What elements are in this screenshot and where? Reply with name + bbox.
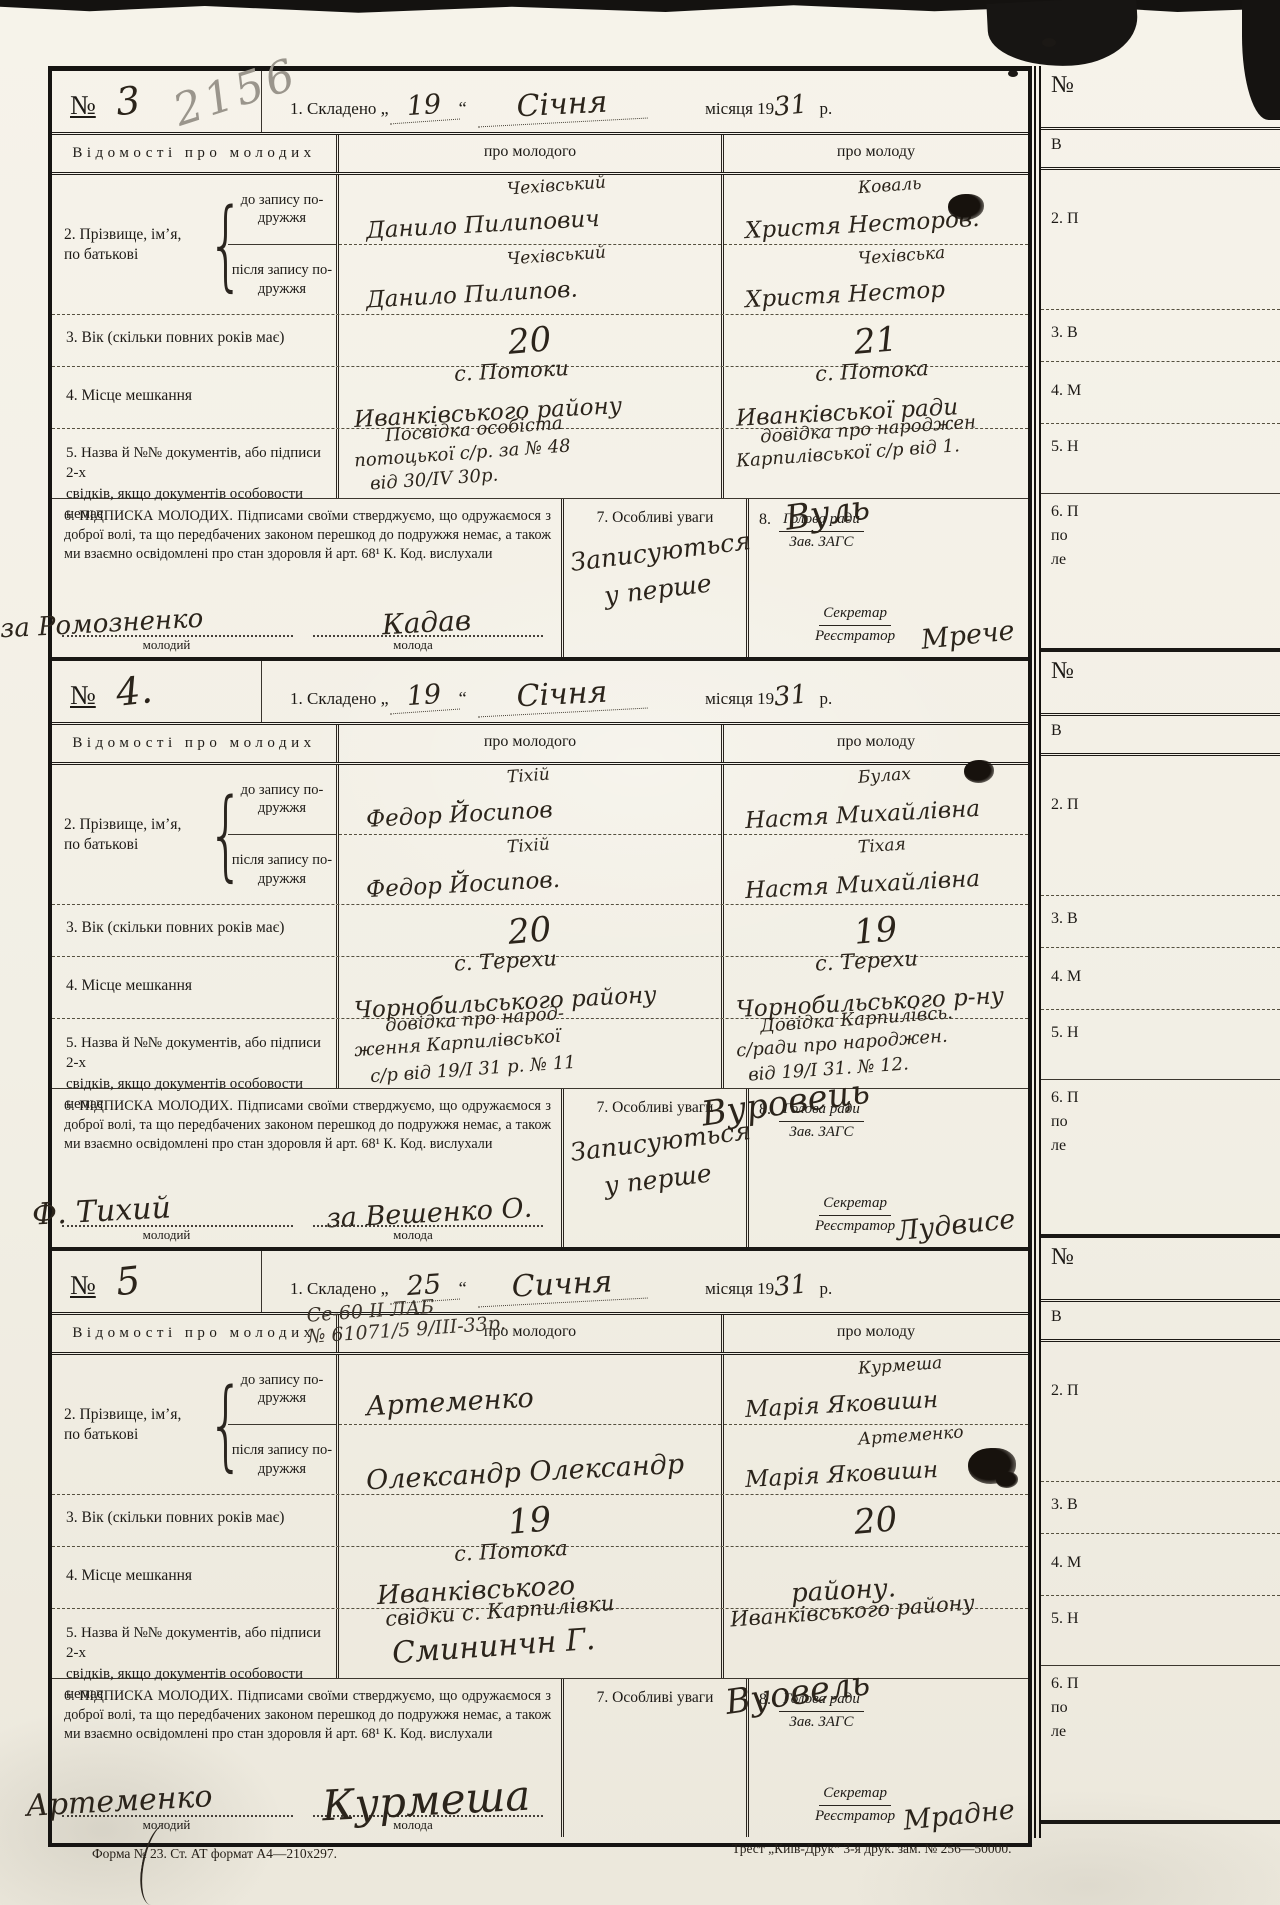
bride-header-label: про молоду bbox=[837, 1323, 915, 1340]
month-of-19-label: місяця 19 bbox=[705, 1279, 774, 1298]
record-number-value: 4. bbox=[114, 667, 155, 715]
couple-signature-zone: Ф. Тихий молодий за Вешенко О. молода bbox=[52, 1199, 553, 1243]
secretary-block: Секретар Реєстратор Лудвисе bbox=[815, 1193, 895, 1237]
bride-age-value: 20 bbox=[853, 1499, 900, 1543]
secretary-label: Секретар bbox=[819, 1783, 891, 1806]
groom-age-value: 20 bbox=[507, 319, 554, 363]
adjacent-field4-fragment: 4. М bbox=[1041, 948, 1280, 1010]
adjacent-info-fragment: В bbox=[1041, 130, 1280, 170]
bride-header-label: про молоду bbox=[837, 143, 915, 160]
year-value: 31 bbox=[773, 679, 809, 712]
bride-surname-after: Артеменко bbox=[857, 1422, 964, 1449]
groom-given-before: Данило Пилипович bbox=[365, 205, 600, 243]
adjacent-field4-fragment: 4. М bbox=[1041, 1534, 1280, 1596]
adjacent-field2-fragment: 2. П bbox=[1041, 1342, 1280, 1482]
remarks-note: Записуються у перше bbox=[570, 533, 746, 608]
bride-surname-after: Тіхая bbox=[857, 834, 906, 857]
surname-field-label: 2. Прізвище, ім’я,по батькові bbox=[64, 815, 202, 854]
groom-name-cell: Тіхій Федор Йосипов Тіхій Федор Йосипов. bbox=[339, 765, 724, 904]
info-column-header: Відомості про молодих bbox=[52, 725, 339, 762]
name-field-label-cell: 2. Прізвище, ім’я,по батькові { до запис… bbox=[52, 765, 339, 904]
year-suffix: р. bbox=[820, 1279, 833, 1298]
composed-label: 1. Складено bbox=[290, 99, 376, 118]
bride-age-cell: 20 bbox=[724, 1495, 1028, 1546]
remarks-label: 7. Особливі уваги bbox=[597, 509, 714, 526]
open-quote: „ bbox=[381, 98, 389, 118]
bride-signature: Курмеша bbox=[321, 1771, 532, 1831]
groom-surname-before: Чехівський bbox=[507, 173, 607, 200]
bride-column-header: про молоду bbox=[724, 725, 1028, 762]
groom-column-header: про молодого bbox=[339, 725, 724, 762]
record-number-value: 3 bbox=[114, 78, 143, 124]
officials-cell: 8. Голова ради Зав. ЗАГС Вуль Секретар Р… bbox=[749, 499, 1028, 657]
groom-documents-cell: довідка про народ- ження Карпилівської с… bbox=[339, 1019, 724, 1088]
brace-glyph: { bbox=[207, 775, 223, 895]
date-cell: 1. Складено „19“ Січня місяця 1931 р. bbox=[262, 71, 1028, 132]
name-row: 2. Прізвище, ім’я,по батькові { до запис… bbox=[52, 1355, 1028, 1495]
adjacent-number-sign: № bbox=[1041, 652, 1280, 716]
bride-name-after: Чехівська Христя Нестор bbox=[724, 245, 1028, 315]
name-field-label-cell: 2. Прізвище, ім’я,по батькові { до запис… bbox=[52, 1355, 339, 1494]
groom-name-after: Чехівський Данило Пилипов. bbox=[339, 245, 721, 315]
groom-name-cell: Чехівський Данило Пилипович Чехівський Д… bbox=[339, 175, 724, 314]
groom-name-after: Тіхій Федор Йосипов. bbox=[339, 835, 721, 905]
groom-documents-cell: свідки с. Карпилівки Смининчн Г. bbox=[339, 1609, 724, 1678]
bride-given-after: Христя Нестор bbox=[745, 277, 946, 313]
bride-signature-line: Кадав молода bbox=[313, 609, 544, 653]
bride-column-header: про молоду bbox=[724, 1315, 1028, 1352]
groom-age-value: 19 bbox=[507, 1499, 554, 1543]
pledge-cell: 6. ПІДПИСКА МОЛОДИХ. Підписами своїми ст… bbox=[52, 1089, 564, 1247]
bride-documents-cell: Довідка Карпилівсь. с/ради про народжен.… bbox=[724, 1019, 1028, 1088]
record-header-row: № 4. 1. Складено „19“ Січня місяця 1931 … bbox=[52, 661, 1028, 725]
groom-signature-label: молодий bbox=[143, 637, 191, 653]
info-column-header: Відомості про молодих bbox=[52, 1315, 339, 1352]
groom-village: с. Терехи bbox=[453, 946, 557, 975]
torn-corner-blob bbox=[986, 0, 1139, 70]
record-header-row: № 5 1. Складено „25“ Сичня місяця 1931 р… bbox=[52, 1251, 1028, 1315]
residence-field-label: 4. Місце мешкання bbox=[52, 367, 339, 428]
bride-signature-line: за Вешенко О. молода bbox=[313, 1199, 544, 1243]
remarks-note: Записуються у перше bbox=[570, 1123, 746, 1198]
bride-given-before: Настя Михайлівна bbox=[745, 795, 981, 833]
groom-name-cell: Артеменко Олександр Олександр bbox=[339, 1355, 724, 1494]
documents-row: 5. Назва й №№ документів, або підписи 2-… bbox=[52, 1019, 1028, 1089]
bride-given-before: Марія Яковишн bbox=[745, 1386, 939, 1422]
head-of-council-block: 8. Голова ради Зав. ЗАГС Вуовель bbox=[759, 1689, 864, 1733]
scanned-registry-page: № 3 2156 1. Складено „19“ Січня місяця 1… bbox=[0, 0, 1280, 1905]
registrar-label: Реєстратор bbox=[815, 1806, 895, 1827]
secretary-signature: Мрече bbox=[920, 615, 1016, 656]
bride-name-after: Тіхая Настя Михайлівна bbox=[724, 835, 1028, 905]
groom-name-before: Артеменко bbox=[339, 1355, 721, 1425]
column-header-row: Відомості про молодих про молодого про м… bbox=[52, 135, 1028, 175]
pledge-text: 6. ПІДПИСКА МОЛОДИХ. Підписами своїми ст… bbox=[64, 507, 551, 564]
column-header-row: Відомості про молодих про молодого про м… bbox=[52, 725, 1028, 765]
head-of-council-block: 8. Голова ради Зав. ЗАГС Вуль bbox=[759, 509, 864, 553]
officials-cell: 8. Голова ради Зав. ЗАГС Вуровець Секрет… bbox=[749, 1089, 1028, 1247]
number-sign: № bbox=[70, 680, 96, 710]
bride-signature-label: молода bbox=[393, 1227, 433, 1243]
bride-surname-after: Чехівська bbox=[857, 242, 945, 268]
secretary-label: Секретар bbox=[819, 1193, 891, 1216]
adjacent-field6-fragment: 6. Пполе bbox=[1041, 494, 1280, 652]
groom-documents-cell: Посвідка особіста потоцької с/р. за № 48… bbox=[339, 429, 724, 498]
adjacent-record-fragment: № В 2. П 3. В 4. М 5. Н 6. Пполе bbox=[1041, 652, 1280, 1238]
adjacent-field2-fragment: 2. П bbox=[1041, 756, 1280, 896]
secretary-block: Секретар Реєстратор Мрече bbox=[815, 603, 895, 647]
year-value: 31 bbox=[773, 1269, 809, 1302]
bride-documents-cell: довідка про народжен Карпилівської с/р в… bbox=[724, 429, 1028, 498]
composed-label: 1. Складено bbox=[290, 1279, 376, 1298]
secretary-block: Секретар Реєстратор Мрадне bbox=[815, 1783, 895, 1827]
adjacent-field6-fragment: 6. Пполе bbox=[1041, 1080, 1280, 1238]
pledge-text: 6. ПІДПИСКА МОЛОДИХ. Підписами своїми ст… bbox=[64, 1097, 551, 1154]
remarks-cell: 7. Особливі уваги Записуються у перше bbox=[564, 499, 749, 657]
name-row: 2. Прізвище, ім’я,по батькові { до запис… bbox=[52, 175, 1028, 315]
month-value: Січня bbox=[476, 83, 648, 128]
bride-age-value: 19 bbox=[853, 909, 900, 953]
bride-given-after: Марія Яковишн bbox=[745, 1457, 939, 1493]
groom-signature-label: молодий bbox=[143, 1227, 191, 1243]
adjacent-number-sign: № bbox=[1041, 1238, 1280, 1302]
secretary-label: Секретар bbox=[819, 603, 891, 626]
groom-signature-line: за Ромозненко молодий bbox=[62, 609, 293, 653]
year-suffix: р. bbox=[820, 99, 833, 118]
remarks-cell: 7. Особливі уваги bbox=[564, 1679, 749, 1837]
open-quote: „ bbox=[381, 688, 389, 708]
groom-name-after: Олександр Олександр bbox=[339, 1425, 721, 1495]
registrar-label: Реєстратор bbox=[815, 1216, 895, 1237]
bride-name-cell: Булах Настя Михайлівна Тіхая Настя Михай… bbox=[724, 765, 1028, 904]
bride-column-header: про молоду bbox=[724, 135, 1028, 172]
groom-given-before: Федор Йосипов bbox=[365, 797, 553, 833]
month-value: Січня bbox=[476, 673, 648, 718]
bride-name-cell: Коваль Христя Несторов. Чехівська Христя… bbox=[724, 175, 1028, 314]
bride-name-before: Курмеша Марія Яковишн bbox=[724, 1355, 1028, 1425]
zags-label: Зав. ЗАГС bbox=[789, 1122, 853, 1143]
brace-glyph: { bbox=[207, 185, 223, 305]
info-header-label: Відомості про молодих bbox=[72, 1325, 315, 1341]
groom-age-value: 20 bbox=[507, 909, 554, 953]
bride-signature-line: Курмеша молода bbox=[313, 1789, 544, 1833]
pledge-cell: 6. ПІДПИСКА МОЛОДИХ. Підписами своїми ст… bbox=[52, 499, 564, 657]
secretary-signature: Мрадне bbox=[902, 1794, 1017, 1837]
bride-surname-before: Курмеша bbox=[857, 1353, 942, 1379]
bride-surname-before: Коваль bbox=[857, 174, 922, 198]
adjacent-field6-fragment: 6. Пполе bbox=[1041, 1666, 1280, 1824]
groom-village: с. Потока bbox=[453, 1536, 568, 1566]
bride-village: с. Потока bbox=[815, 356, 930, 386]
pledge-cell: 6. ПІДПИСКА МОЛОДИХ. Підписами своїми ст… bbox=[52, 1679, 564, 1837]
groom-surname-before: Тіхій bbox=[506, 765, 550, 788]
signatures-row: 6. ПІДПИСКА МОЛОДИХ. Підписами своїми ст… bbox=[52, 499, 1028, 657]
open-quote: „ bbox=[381, 1278, 389, 1298]
day-value: 19 bbox=[388, 678, 460, 715]
record-number-cell: № 3 2156 bbox=[52, 71, 262, 132]
form-number-footer: Форма № 23. Ст. АТ формат А4—210x297. bbox=[92, 1846, 337, 1862]
remarks-note bbox=[570, 1713, 746, 1760]
groom-given-after: Федор Йосипов. bbox=[365, 867, 560, 903]
adjacent-info-fragment: В bbox=[1041, 1302, 1280, 1342]
adjacent-field2-fragment: 2. П bbox=[1041, 170, 1280, 310]
archive-stamp-note: Се-60 ІІ ЛАБ № 61071/5 9/ІІІ-33р. bbox=[306, 1298, 506, 1345]
groom-name-before: Чехівський Данило Пилипович bbox=[339, 175, 721, 245]
info-column-header: Відомості про молодих bbox=[52, 135, 339, 172]
year-suffix: р. bbox=[820, 689, 833, 708]
bride-given-before: Христя Несторов. bbox=[745, 205, 981, 243]
groom-signature-line: Ф. Тихий молодий bbox=[62, 1199, 293, 1243]
pledge-text: 6. ПІДПИСКА МОЛОДИХ. Підписами своїми ст… bbox=[64, 1687, 551, 1744]
record-number-value: 5 bbox=[114, 1258, 143, 1304]
scan-speck bbox=[1042, 38, 1056, 47]
adjacent-field4-fragment: 4. М bbox=[1041, 362, 1280, 424]
marriage-record-4: № 4. 1. Складено „19“ Січня місяця 1931 … bbox=[52, 661, 1028, 1251]
name-row: 2. Прізвище, ім’я,по батькові { до запис… bbox=[52, 765, 1028, 905]
officials-cell: 8. Голова ради Зав. ЗАГС Вуовель Секрета… bbox=[749, 1679, 1028, 1837]
marriage-record-5: № 5 1. Складено „25“ Сичня місяця 1931 р… bbox=[52, 1251, 1028, 1837]
adjacent-page-edge: № В 2. П 3. В 4. М 5. Н 6. Пполе № В 2. … bbox=[1034, 66, 1280, 1838]
bride-given-after: Настя Михайлівна bbox=[745, 866, 981, 904]
age-field-label: 3. Вік (скільки повних років має) bbox=[52, 1495, 339, 1546]
bride-age-value: 21 bbox=[853, 319, 900, 363]
couple-signature-zone: за Ромозненко молодий Кадав молода bbox=[52, 609, 553, 653]
groom-header-label: про молодого bbox=[484, 143, 576, 160]
record-header-row: № 3 2156 1. Складено „19“ Січня місяця 1… bbox=[52, 71, 1028, 135]
age-field-label: 3. Вік (скільки повних років має) bbox=[52, 905, 339, 956]
groom-surname-after: Чехівський bbox=[507, 242, 607, 269]
documents-field-label: 5. Назва й №№ документів, або підписи 2-… bbox=[52, 1019, 339, 1088]
residence-field-label: 4. Місце мешкання bbox=[52, 957, 339, 1018]
residence-field-label: 4. Місце мешкання bbox=[52, 1547, 339, 1608]
year-value: 31 bbox=[773, 89, 809, 122]
adjacent-field5-fragment: 5. Н bbox=[1041, 424, 1280, 494]
groom-given-after: Олександр Олександр bbox=[365, 1449, 684, 1497]
secretary-signature: Лудвисе bbox=[894, 1204, 1016, 1247]
adjacent-record-fragment: № В 2. П 3. В 4. М 5. Н 6. Пполе bbox=[1041, 66, 1280, 652]
bride-village: с. Терехи bbox=[815, 946, 919, 975]
close-quote: “ bbox=[459, 98, 467, 118]
surname-field-label: 2. Прізвище, ім’я,по батькові bbox=[64, 225, 202, 264]
bride-surname-before: Булах bbox=[857, 764, 911, 788]
brace-glyph: { bbox=[207, 1365, 223, 1485]
documents-field-label: 5. Назва й №№ документів, або підписи 2-… bbox=[52, 1609, 339, 1678]
column-header-row: Відомості про молодих про молодого про м… bbox=[52, 1315, 1028, 1355]
groom-village: с. Потоки bbox=[453, 356, 569, 386]
signatures-row: 6. ПІДПИСКА МОЛОДИХ. Підписами своїми ст… bbox=[52, 1679, 1028, 1837]
adjacent-field5-fragment: 5. Н bbox=[1041, 1010, 1280, 1080]
groom-given-after: Данило Пилипов. bbox=[365, 276, 578, 313]
composed-label: 1. Складено bbox=[290, 689, 376, 708]
month-of-19-label: місяця 19 bbox=[705, 689, 774, 708]
documents-row: 5. Назва й №№ документів, або підписи 2-… bbox=[52, 429, 1028, 499]
name-field-label-cell: 2. Прізвище, ім’я,по батькові { до запис… bbox=[52, 175, 339, 314]
record-number-cell: № 5 bbox=[52, 1251, 262, 1312]
field8-number: 8. bbox=[759, 509, 771, 553]
adjacent-field3-fragment: 3. В bbox=[1041, 310, 1280, 362]
adjacent-field3-fragment: 3. В bbox=[1041, 896, 1280, 948]
groom-column-header: про молодого bbox=[339, 135, 724, 172]
bride-header-label: про молоду bbox=[837, 733, 915, 750]
remarks-label: 7. Особливі уваги bbox=[597, 1689, 714, 1706]
adjacent-record-fragment: № В 2. П 3. В 4. М 5. Н 6. Пполе bbox=[1041, 1238, 1280, 1824]
marriage-record-3: № 3 2156 1. Складено „19“ Січня місяця 1… bbox=[52, 71, 1028, 661]
date-cell: 1. Складено „19“ Січня місяця 1931 р. bbox=[262, 661, 1028, 722]
zags-label: Зав. ЗАГС bbox=[789, 1712, 853, 1733]
day-value: 19 bbox=[388, 88, 460, 125]
head-of-council-block: 8. Голова ради Зав. ЗАГС Вуровець bbox=[759, 1099, 864, 1143]
close-quote: “ bbox=[459, 688, 467, 708]
documents-field-label: 5. Назва й №№ документів, або підписи 2-… bbox=[52, 429, 339, 498]
adjacent-field5-fragment: 5. Н bbox=[1041, 1596, 1280, 1666]
adjacent-number-sign: № bbox=[1041, 66, 1280, 130]
number-sign: № bbox=[70, 1270, 96, 1300]
registry-book-page: № 3 2156 1. Складено „19“ Січня місяця 1… bbox=[48, 66, 1032, 1847]
age-field-label: 3. Вік (скільки повних років має) bbox=[52, 315, 339, 366]
info-header-label: Відомості про молодих bbox=[72, 735, 315, 751]
groom-surname-after: Тіхій bbox=[506, 834, 550, 857]
groom-name-before: Тіхій Федор Йосипов bbox=[339, 765, 721, 835]
signatures-row: 6. ПІДПИСКА МОЛОДИХ. Підписами своїми ст… bbox=[52, 1089, 1028, 1247]
couple-signature-zone: Артеменко молодий Курмеша молода bbox=[52, 1789, 553, 1833]
number-sign: № bbox=[70, 90, 96, 120]
registrar-label: Реєстратор bbox=[815, 626, 895, 647]
surname-field-label: 2. Прізвище, ім’я,по батькові bbox=[64, 1405, 202, 1444]
remarks-label: 7. Особливі уваги bbox=[597, 1099, 714, 1116]
print-house-footer: Трест „Київ-Друк“ 3-я друк. зам. № 256—5… bbox=[732, 1841, 1011, 1857]
groom-doc-line2: Смининчн Г. bbox=[391, 1622, 596, 1671]
close-quote: “ bbox=[459, 1278, 467, 1298]
info-header-label: Відомості про молодих bbox=[72, 145, 315, 161]
record-number-cell: № 4. bbox=[52, 661, 262, 722]
groom-given-before: Артеменко bbox=[365, 1382, 534, 1422]
groom-header-label: про молодого bbox=[484, 733, 576, 750]
bride-signature-label: молода bbox=[393, 637, 433, 653]
documents-row: 5. Назва й №№ документів, або підписи 2-… bbox=[52, 1609, 1028, 1679]
adjacent-field3-fragment: 3. В bbox=[1041, 1482, 1280, 1534]
adjacent-info-fragment: В bbox=[1041, 716, 1280, 756]
bride-documents-cell: Иванківського району bbox=[724, 1609, 1028, 1678]
month-of-19-label: місяця 19 bbox=[705, 99, 774, 118]
